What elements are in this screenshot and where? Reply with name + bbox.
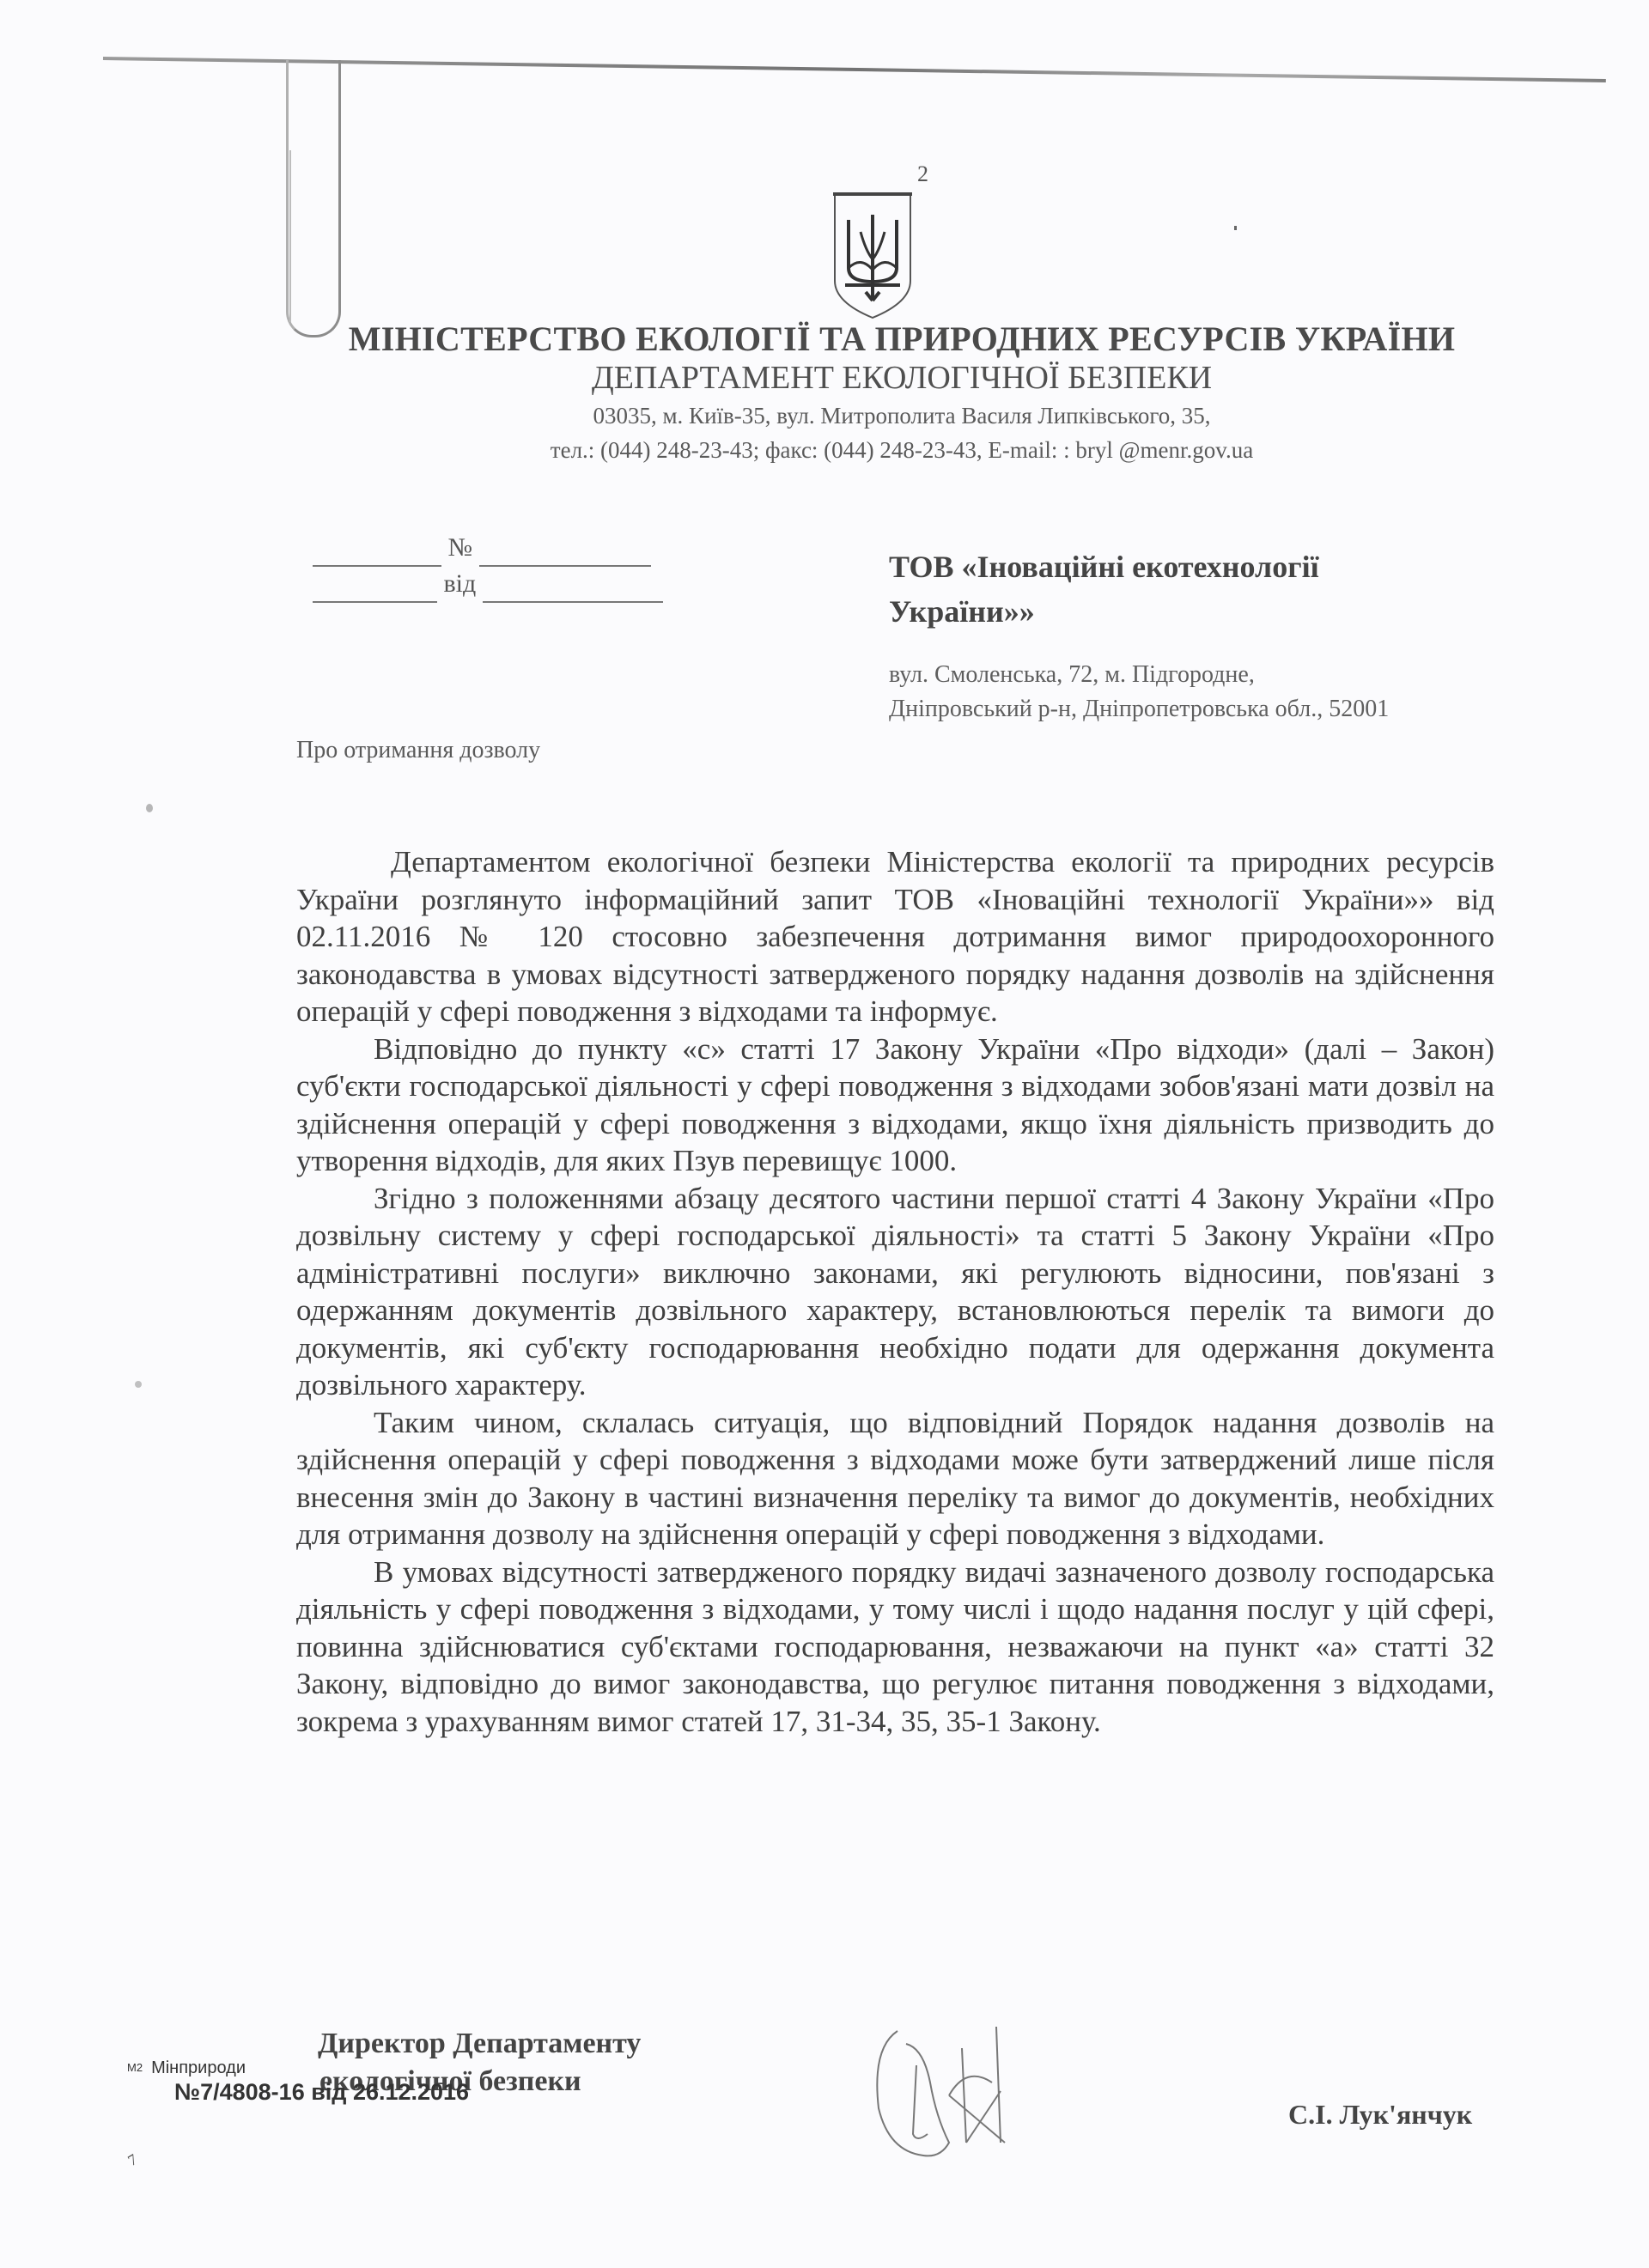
body-paragraph: Департаментом екологічної безпеки Мініст…	[296, 843, 1494, 1031]
date-label: від	[444, 569, 477, 598]
stamp-number: №7/4808-16 від 26.12.2016	[174, 2078, 469, 2106]
stamp-prefix: М2	[127, 2061, 143, 2074]
incoming-date-blank	[483, 567, 663, 603]
paper-clip-icon	[286, 60, 341, 337]
signer-name: С.І. Лук'янчук	[1288, 2099, 1472, 2131]
registration-stamp: М2Мінприроди №7/4808-16 від 26.12.2016	[127, 2058, 469, 2106]
ministry-name: МІНІСТЕРСТВО ЕКОЛОГІЇ ТА ПРИРОДНИХ РЕСУР…	[258, 319, 1546, 359]
scan-speck	[146, 804, 153, 812]
letter-body: Департаментом екологічної безпеки Мініст…	[296, 843, 1494, 1740]
margin-mark: 7	[125, 2150, 140, 2170]
registration-fields: № від	[313, 531, 663, 603]
body-paragraph: Таким чином, склалась ситуація, що відпо…	[296, 1404, 1494, 1554]
department-name: ДЕПАРТАМЕНТ ЕКОЛОГІЧНОЇ БЕЗПЕКИ	[258, 359, 1546, 397]
page-number: 2	[917, 161, 928, 187]
scan-speck	[1234, 226, 1237, 230]
stamp-org: Мінприроди	[151, 2058, 246, 2077]
ministry-address: 03035, м. Київ-35, вул. Митрополита Васи…	[258, 400, 1546, 431]
letter-subject: Про отримання дозволу	[296, 737, 540, 764]
paper-clip-inner-wire	[289, 150, 291, 322]
body-paragraph: Відповідно до пункту «с» статті 17 Закон…	[296, 1031, 1494, 1180]
registration-number-blank	[479, 531, 651, 567]
trident-coat-of-arms-icon	[831, 191, 914, 319]
body-paragraph: Згідно з положеннями абзацу десятого час…	[296, 1180, 1494, 1404]
addressee-name-line2: України»»	[889, 589, 1507, 634]
registration-date-blank	[313, 531, 441, 567]
body-paragraph: В умовах відсутності затвердженого поряд…	[296, 1554, 1494, 1741]
ministry-contacts: тел.: (044) 248-23-43; факс: (044) 248-2…	[258, 435, 1546, 465]
incoming-number-blank	[313, 567, 437, 603]
addressee-address-line2: Дніпровський р-н, Дніпропетровська обл.,…	[889, 692, 1507, 727]
handwritten-signature-icon	[863, 2014, 1035, 2168]
addressee-address-line1: вул. Смоленська, 72, м. Підгородне,	[889, 658, 1507, 692]
scan-speck	[135, 1381, 142, 1388]
addressee-name-line1: ТОВ «Іноваційні екотехнології	[889, 544, 1507, 589]
number-label: №	[448, 533, 473, 562]
addressee-block: ТОВ «Іноваційні екотехнології України»» …	[889, 544, 1507, 727]
letterhead: МІНІСТЕРСТВО ЕКОЛОГІЇ ТА ПРИРОДНИХ РЕСУР…	[258, 319, 1546, 465]
